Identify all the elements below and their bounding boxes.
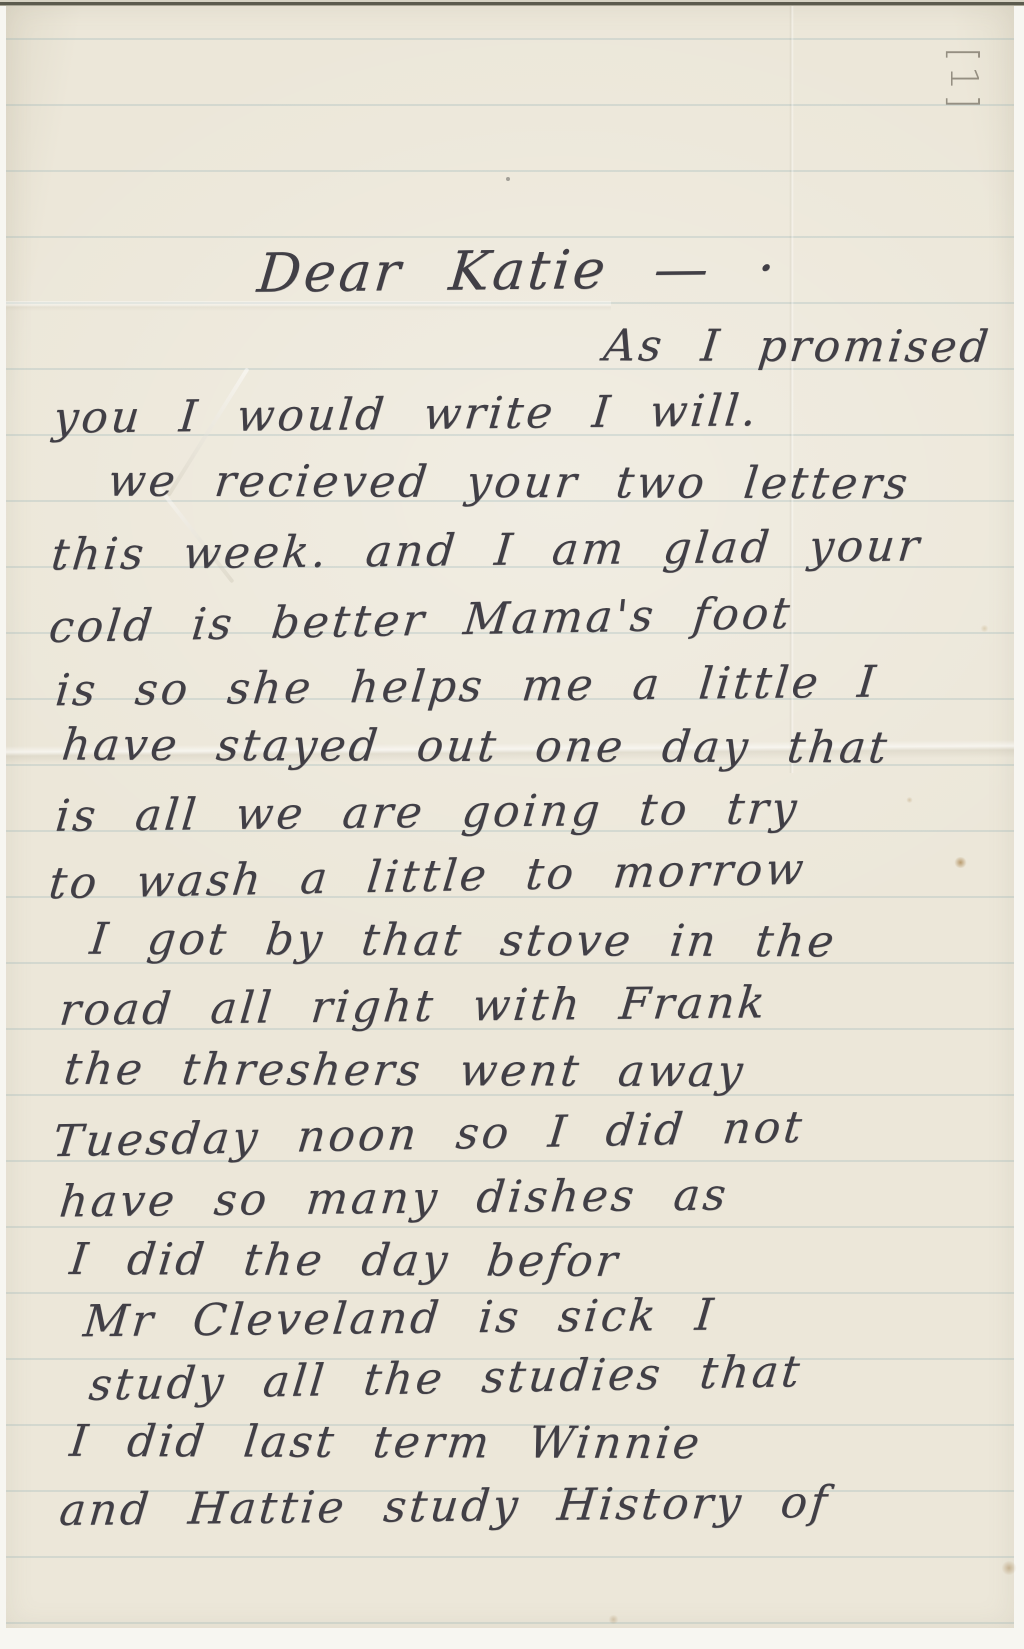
letter-line: I did the day befor xyxy=(67,1234,622,1287)
stain-spot xyxy=(608,1615,619,1624)
letter-line: road all right with Frank xyxy=(57,977,770,1035)
letter-line: is all we are going to try xyxy=(53,783,802,842)
stain-spot xyxy=(906,797,913,803)
letter-line: we recieved your two letters xyxy=(105,456,912,510)
letter-line: Mr Cleveland is sick I xyxy=(81,1290,718,1348)
letter-line: you I would write I will. xyxy=(51,385,761,443)
stain-spot xyxy=(980,625,989,632)
pencil-page-number-mark: [1] xyxy=(934,47,994,107)
letter-line: I did last term Winnie xyxy=(67,1416,704,1469)
stain-spot xyxy=(1001,1561,1017,1575)
letter-line: and Hattie study History of xyxy=(57,1477,832,1536)
scanned-letter-page: [1] Dear Katie — · As I promised you I w… xyxy=(0,0,1024,1649)
letter-line: have stayed out one day that xyxy=(59,720,892,774)
letter-line: the threshers went away xyxy=(61,1044,748,1097)
scan-top-edge-shadow xyxy=(0,0,1024,6)
stain-spot xyxy=(954,857,967,868)
letter-line: this week. and I am glad your xyxy=(49,520,924,580)
ink-speck xyxy=(506,177,510,181)
letter-line: is so she helps me a little I xyxy=(53,657,880,717)
letter-line: I got by that stove in the xyxy=(87,914,839,968)
letter-paper: [1] Dear Katie — · As I promised you I w… xyxy=(6,5,1014,1628)
letter-salutation: Dear Katie — · xyxy=(255,236,781,304)
letter-line: As I promised xyxy=(601,320,993,372)
letter-line: have so many dishes as xyxy=(57,1170,731,1228)
